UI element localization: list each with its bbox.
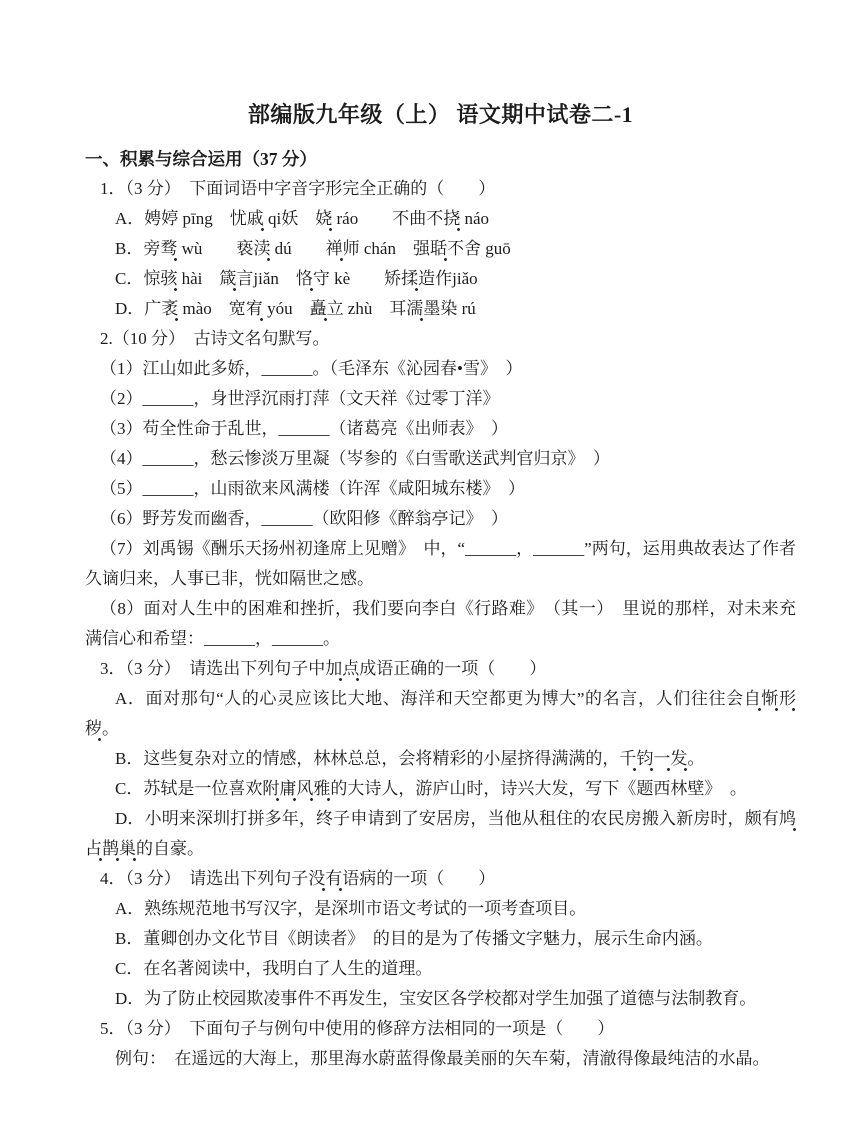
text-segment: D．广 — [115, 299, 161, 318]
text-segment: 。 — [102, 719, 119, 738]
emphasis-dotted-text: 矗 — [310, 299, 327, 322]
text-segment: （7）刘禹锡《酬乐天扬州初逢席上见赠》 中，“______，______”两句，… — [85, 539, 796, 588]
text-segment: （2）______，身世浮沉雨打萍（文天祥《过零丁洋》 — [100, 389, 500, 408]
text-segment: qi妖 — [264, 209, 315, 228]
emphasis-dotted-text: 揉 — [401, 269, 418, 292]
text-segment: 例句： 在遥远的大海上，那里海水蔚蓝得像最美丽的矢车菊，清澈得像最纯洁的水晶。 — [115, 1049, 770, 1068]
text-segment: C．在名著阅读中，我明白了人生的道理。 — [115, 959, 432, 978]
text-segment: D．为了防止校园欺凌事件不再发生，宝安区各学校都对学生加强了道德与法制教育。 — [115, 989, 756, 1008]
option-line: C．在名著阅读中，我明白了人生的道理。 — [85, 954, 796, 984]
exam-page: 部编版九年级（上） 语文期中试卷二-1 一、积累与综合运用（37 分） 1．（3… — [0, 0, 866, 1122]
option-line: A．娉婷 pīng 忧戚 qi妖 娆 ráo 不曲不挠 náo — [85, 204, 796, 234]
fill-blank-item: （2）______，身世浮沉雨打萍（文天祥《过零丁洋》 — [85, 384, 796, 414]
fill-blank-item: （7）刘禹锡《酬乐天扬州初逢席上见赠》 中，“______，______”两句，… — [85, 534, 796, 594]
text-segment: B．董卿创办文化节目《朗读者》 的目的是为了传播文字魅力，展示生命内涵。 — [115, 929, 713, 948]
option-line: C．惊骇 hài 箴言jiǎn 恪守 kè 矫揉造作jiǎo — [85, 264, 796, 294]
text-segment: dú — [270, 239, 325, 258]
emphasis-dotted-text: 挠 — [443, 209, 460, 232]
document-body: 1．（3 分） 下面词语中字音字形完全正确的（ ）A．娉婷 pīng 忧戚 qi… — [85, 174, 796, 1074]
option-line: C．苏轼是一位喜欢附庸风雅的大诗人，游庐山时，诗兴大发，写下《题西林壁》 。 — [85, 774, 796, 804]
page-title: 部编版九年级（上） 语文期中试卷二-1 — [85, 98, 796, 132]
text-segment: 。 — [687, 749, 704, 768]
emphasis-dotted-text: 千钧一发 — [619, 749, 687, 772]
text-segment: C．苏轼是一位喜欢 — [115, 779, 262, 798]
emphasis-dotted-text: 宥 — [246, 299, 263, 322]
fill-blank-item: （1）江山如此多娇，______。（毛泽东《沁园春•雪》 ） — [85, 354, 796, 384]
emphasis-dotted-text: 渎 — [253, 239, 270, 262]
example-sentence: 例句： 在遥远的大海上，那里海水蔚蓝得像最美丽的矢车菊，清澈得像最纯洁的水晶。 — [85, 1044, 796, 1074]
text-segment: 的大诗人，游庐山时，诗兴大发，写下《题西林壁》 。 — [330, 779, 747, 798]
text-segment: （6）野芳发而幽香，______（欧阳修《醉翁亭记》 ） — [100, 509, 508, 528]
text-segment: 言jiǎn — [236, 269, 296, 288]
emphasis-dotted-text: 没有 — [308, 869, 342, 892]
text-segment: 5．（3 分） 下面句子与例句中使用的修辞方法相同的一项是（ ） — [100, 1019, 614, 1038]
option-line: D．广袤 mào 宽宥 yóu 矗立 zhù 耳濡墨染 rú — [85, 294, 796, 324]
question-stem: 4．（3 分） 请选出下列句子没有语病的一项（ ） — [85, 864, 796, 894]
emphasis-dotted-text: 娆 — [315, 209, 332, 232]
text-segment: 师 chán 强 — [343, 239, 430, 258]
text-segment: 3．（3 分） 请选出下列句子中 — [100, 659, 325, 678]
fill-blank-item: （8）面对人生中的困难和挫折，我们要向李白《行路难》 （其一） 里说的那样，对未… — [85, 594, 796, 654]
text-segment: 成语正确的一项（ ） — [359, 659, 546, 678]
text-segment: ráo 不曲不 — [332, 209, 443, 228]
emphasis-dotted-text: 濡 — [406, 299, 423, 322]
text-segment: A．熟练规范地书写汉字，是深圳市语文考试的一项考查项目。 — [115, 899, 586, 918]
text-segment: （8）面对人生中的困难和挫折，我们要向李白《行路难》 （其一） 里说的那样，对未… — [85, 599, 796, 648]
text-segment: A．面对那句“人的心灵应该比大地、海洋和天空都更为博大”的名言，人们往往会 — [115, 689, 744, 708]
question-stem: 1．（3 分） 下面词语中字音字形完全正确的（ ） — [85, 174, 796, 204]
text-segment: yóu — [263, 299, 310, 318]
fill-blank-item: （3）苟全性命于乱世，______（诸葛亮《出师表》 ） — [85, 414, 796, 444]
question-stem: 2.（10 分） 古诗文名句默写。 — [85, 324, 796, 354]
option-line: A．面对那句“人的心灵应该比大地、海洋和天空都更为博大”的名言，人们往往会自惭形… — [85, 684, 796, 744]
text-segment: náo — [460, 209, 489, 228]
emphasis-dotted-text: 聒 — [430, 239, 447, 262]
text-segment: 4．（3 分） 请选出下列句子 — [100, 869, 308, 888]
option-line: B．董卿创办文化节目《朗读者》 的目的是为了传播文字魅力，展示生命内涵。 — [85, 924, 796, 954]
question-stem: 5．（3 分） 下面句子与例句中使用的修辞方法相同的一项是（ ） — [85, 1014, 796, 1044]
emphasis-dotted-text: 袤 — [161, 299, 178, 322]
text-segment: （4）______，愁云惨淡万里凝（岑参的《白雪歌送武判官归京》 ） — [100, 449, 610, 468]
text-segment: （1）江山如此多娇，______。（毛泽东《沁园春•雪》 ） — [100, 359, 522, 378]
text-segment: A．娉婷 pīng 忧 — [115, 209, 247, 228]
text-segment: wù 亵 — [177, 239, 253, 258]
text-segment: 立 zhù 耳 — [327, 299, 407, 318]
emphasis-dotted-text: 箴 — [219, 269, 236, 292]
text-segment: 语病的一项（ ） — [342, 869, 495, 888]
emphasis-dotted-text: 骇 — [160, 269, 177, 292]
text-segment: 不舍 guō — [447, 239, 511, 258]
text-segment: B．这些复杂对立的情感，林林总总，会将精彩的小屋挤得满满的， — [115, 749, 619, 768]
fill-blank-item: （4）______，愁云惨淡万里凝（岑参的《白雪歌送武判官归京》 ） — [85, 444, 796, 474]
text-segment: C．惊 — [115, 269, 160, 288]
text-segment: 守 kè 矫 — [313, 269, 401, 288]
text-segment: 的自豪。 — [136, 839, 204, 858]
option-line: A．熟练规范地书写汉字，是深圳市语文考试的一项考查项目。 — [85, 894, 796, 924]
emphasis-dotted-text: 骛 — [160, 239, 177, 262]
option-line: B．旁骛 wù 亵渎 dú 禅师 chán 强聒不舍 guō — [85, 234, 796, 264]
section-heading: 一、积累与综合运用（37 分） — [85, 144, 796, 174]
fill-blank-item: （6）野芳发而幽香，______（欧阳修《醉翁亭记》 ） — [85, 504, 796, 534]
text-segment: 1．（3 分） 下面词语中字音字形完全正确的（ ） — [100, 179, 495, 198]
text-segment: hài — [177, 269, 219, 288]
emphasis-dotted-text: 戚 — [247, 209, 264, 232]
text-segment: B．旁 — [115, 239, 160, 258]
option-line: D．小明来深圳打拼多年，终子申请到了安居房，当他从租住的农民房搬入新房时，颇有鸠… — [85, 804, 796, 864]
question-stem: 3．（3 分） 请选出下列句子中加点成语正确的一项（ ） — [85, 654, 796, 684]
text-segment: （3）苟全性命于乱世，______（诸葛亮《出师表》 ） — [100, 419, 508, 438]
option-line: B．这些复杂对立的情感，林林总总，会将精彩的小屋挤得满满的，千钧一发。 — [85, 744, 796, 774]
text-segment: 造作jiǎo — [418, 269, 478, 288]
text-segment: mào 宽 — [178, 299, 246, 318]
emphasis-dotted-text: 禅 — [326, 239, 343, 262]
emphasis-dotted-text: 加点 — [325, 659, 359, 682]
text-segment: D．小明来深圳打拼多年，终子申请到了安居房，当他从租住的农民房搬入新房时，颇有 — [115, 809, 779, 828]
emphasis-dotted-text: 附庸风雅 — [262, 779, 330, 802]
option-line: D．为了防止校园欺凌事件不再发生，宝安区各学校都对学生加强了道德与法制教育。 — [85, 984, 796, 1014]
text-segment: 墨染 rú — [423, 299, 475, 318]
text-segment: 2.（10 分） 古诗文名句默写。 — [100, 329, 330, 348]
fill-blank-item: （5）______，山雨欲来风满楼（许浑《咸阳城东楼》 ） — [85, 474, 796, 504]
emphasis-dotted-text: 恪 — [296, 269, 313, 292]
text-segment: （5）______，山雨欲来风满楼（许浑《咸阳城东楼》 ） — [100, 479, 525, 498]
